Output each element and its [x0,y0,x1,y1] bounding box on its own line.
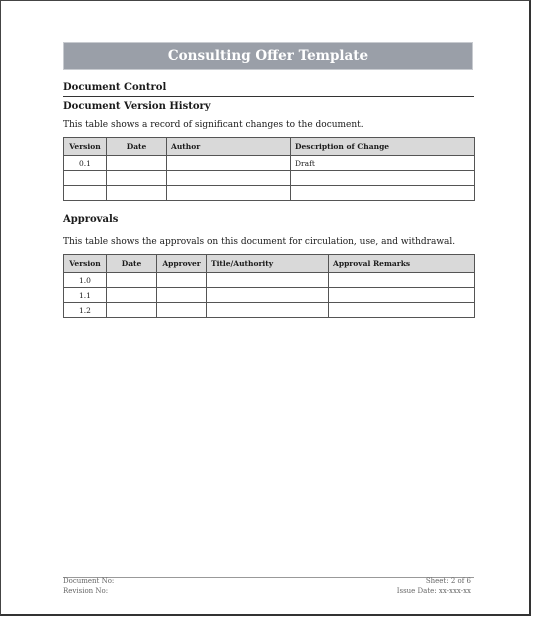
table-cell[interactable]: 1.1 [64,288,107,303]
table-cell[interactable] [329,288,475,303]
footer-divider [63,577,474,578]
table-cell[interactable] [167,156,291,171]
approvals-table: Version Date Approver Title/Authority Ap… [63,254,475,318]
table-cell[interactable]: 1.2 [64,303,107,318]
table-cell[interactable] [207,273,329,288]
table-cell[interactable] [329,273,475,288]
table-row: 1.1 [64,288,475,303]
column-header: Version [64,138,107,156]
table-cell[interactable] [157,288,207,303]
column-header: Date [107,255,157,273]
footer-issue-date: Issue Date: xx-xxx-xx [397,587,471,595]
table-cell[interactable] [167,186,291,201]
table-cell[interactable] [107,303,157,318]
table-cell[interactable] [107,273,157,288]
column-header: Version [64,255,107,273]
table-row [64,171,475,186]
table-cell[interactable] [207,288,329,303]
table-row: 1.2 [64,303,475,318]
approvals-description: This table shows the approvals on this d… [63,237,455,247]
table-row [64,186,475,201]
version-history-description: This table shows a record of significant… [63,120,364,130]
table-row: 1.0 [64,273,475,288]
footer-sheet: Sheet: 2 of 6 [426,577,471,585]
table-row: 0.1 Draft [64,156,475,171]
table-cell[interactable]: Draft [291,156,475,171]
table-cell[interactable] [157,303,207,318]
footer-revision-no: Revision No: [63,587,108,595]
column-header: Approval Remarks [329,255,475,273]
column-header: Date [107,138,167,156]
table-cell[interactable] [291,186,475,201]
heading-approvals: Approvals [63,214,118,225]
table-cell[interactable] [107,186,167,201]
footer-document-no: Document No: [63,577,114,585]
column-header: Title/Authority [207,255,329,273]
column-header: Description of Change [291,138,475,156]
table-cell[interactable] [64,186,107,201]
table-cell[interactable] [107,288,157,303]
table-cell[interactable]: 1.0 [64,273,107,288]
table-cell[interactable] [167,171,291,186]
table-cell[interactable] [64,171,107,186]
table-cell[interactable]: 0.1 [64,156,107,171]
document-title: Consulting Offer Template [63,42,473,70]
table-cell[interactable] [107,171,167,186]
table-cell[interactable] [207,303,329,318]
table-cell[interactable] [157,273,207,288]
table-cell[interactable] [107,156,167,171]
column-header: Author [167,138,291,156]
heading-version-history: Document Version History [63,101,211,112]
table-cell[interactable] [329,303,475,318]
section-heading-document-control: Document Control [63,82,474,97]
table-header-row: Version Date Author Description of Chang… [64,138,475,156]
column-header: Approver [157,255,207,273]
version-history-table: Version Date Author Description of Chang… [63,137,475,201]
table-header-row: Version Date Approver Title/Authority Ap… [64,255,475,273]
document-page: Consulting Offer Template Document Contr… [0,0,531,616]
table-cell[interactable] [291,171,475,186]
